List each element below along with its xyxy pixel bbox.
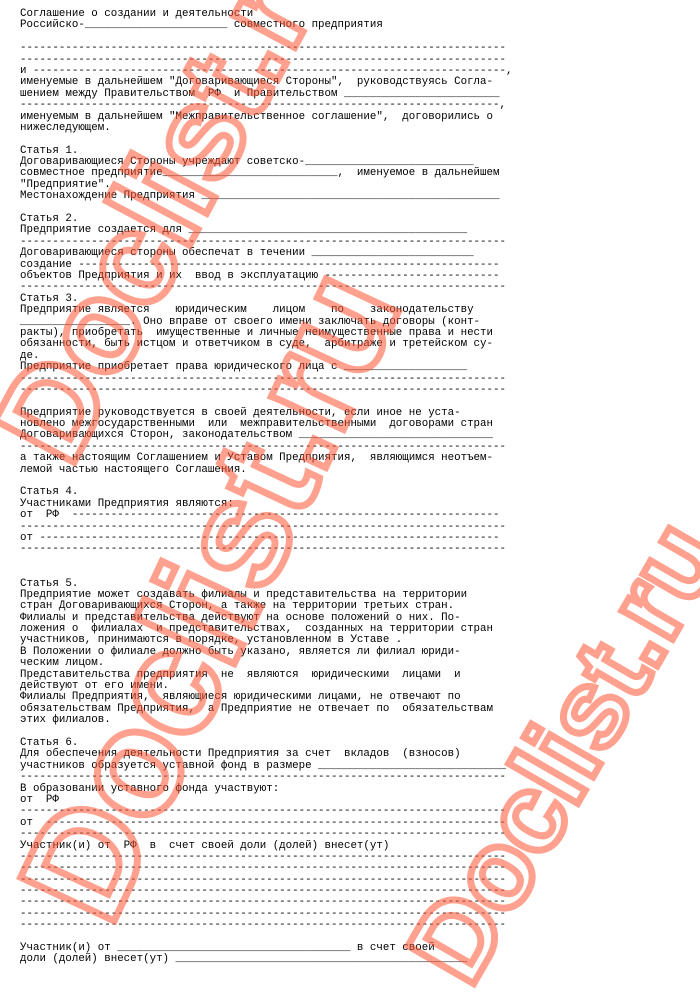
text-line: Предприятие приобретает права юридическо… [20, 362, 512, 373]
text-line: этих филиалов. [20, 715, 512, 726]
text-line: Договаривающиеся стороны обеспечат в теч… [20, 248, 512, 259]
text-line: ----------------------------------------… [20, 863, 512, 874]
text-line: ----------------------------------------… [20, 772, 512, 783]
text-line: от РФ ----------------------------------… [20, 510, 512, 521]
text-line: нижеследующем. [20, 123, 512, 134]
document-body: Соглашение о создании и деятельностиРосс… [20, 9, 512, 966]
text-line: Российско-______________________ совмест… [20, 20, 512, 31]
text-line: ----------------------------------------… [20, 544, 512, 555]
text-line: Местонахождение Предприятия ____________… [20, 191, 512, 202]
blank-line [20, 556, 512, 567]
text-line: ----------------------------------------… [20, 385, 512, 396]
text-line: а также настоящим Соглашением и Уставом … [20, 453, 512, 464]
text-line: ----------------------------------------… [20, 100, 512, 111]
text-line: ----------------------------------------… [20, 829, 512, 840]
text-line: ческим лицом. [20, 658, 512, 669]
blank-line [20, 476, 512, 487]
blank-line [20, 396, 512, 407]
text-line: Предприятие является юридическим лицом п… [20, 305, 512, 316]
blank-line [20, 567, 512, 578]
text-line: доли (долей) внесет(ут) ________________… [20, 954, 512, 965]
text-line: ----------------------------------------… [20, 920, 512, 931]
text-line: лемой частью настоящего Соглашения. [20, 465, 512, 476]
text-line: ----------------------------------------… [20, 282, 512, 293]
blank-line [20, 727, 512, 738]
blank-line [20, 203, 512, 214]
text-line: В образовании уставного фонда участвуют: [20, 784, 512, 795]
text-line: обязанности, быть истцом и ответчиком в … [20, 339, 512, 350]
text-line: ----------------------------------------… [20, 43, 512, 54]
blank-line [20, 134, 512, 145]
text-line: стран Договаривающихся Сторон, а также н… [20, 601, 512, 612]
